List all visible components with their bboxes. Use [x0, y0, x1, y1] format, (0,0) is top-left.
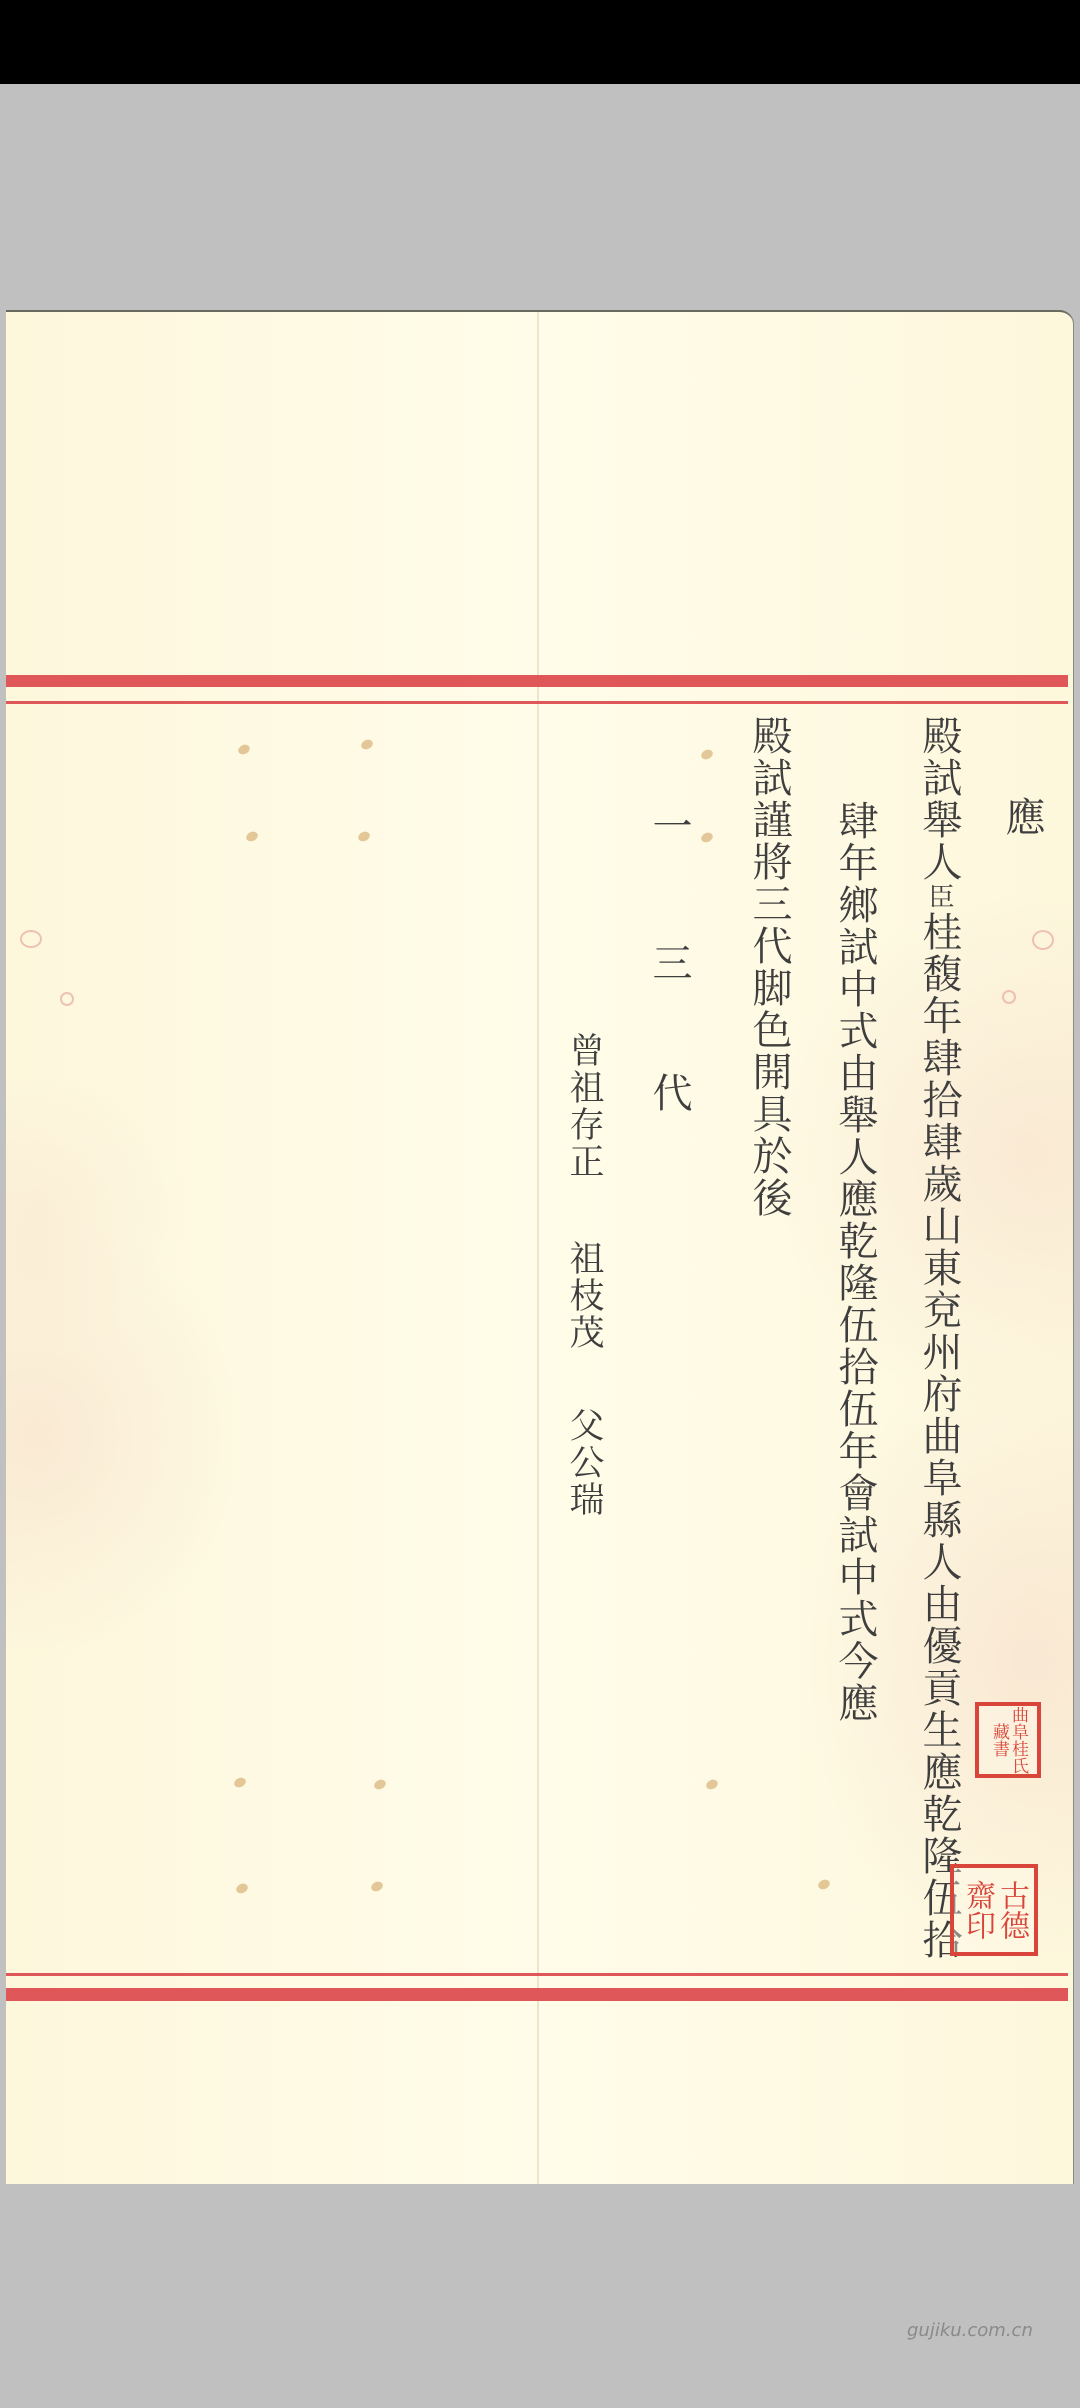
bottom-thick-red-rule — [6, 1988, 1068, 2001]
great-grandfather-name: 曾祖存正 — [562, 1032, 606, 1180]
binding-hole — [817, 1878, 832, 1891]
document-page: 應 殿試舉人臣桂馥年肆拾肆歲山東兗州府曲阜縣人由優貢生應乾隆伍拾 肆年鄉試中式由… — [6, 310, 1073, 2184]
col1-text-after: 桂馥年肆拾肆歲山東兗州府曲阜縣人由優貢生應乾隆伍拾 — [916, 911, 962, 1961]
bottom-thin-red-rule — [6, 1973, 1068, 1976]
binding-hole — [357, 830, 372, 843]
col1-text-before: 殿試舉人 — [916, 715, 962, 883]
top-thin-red-rule — [6, 701, 1068, 704]
stain-mark — [1002, 990, 1016, 1004]
binding-hole — [700, 748, 715, 761]
binding-hole — [705, 1778, 720, 1791]
binding-hole — [233, 1776, 248, 1789]
text-column-3: 殿試謹將三代脚色開具於後 — [744, 715, 794, 1219]
binding-hole — [245, 830, 260, 843]
stain-mark — [60, 992, 74, 1006]
three-generations-char-2: 三 — [644, 942, 694, 984]
binding-hole — [360, 738, 375, 751]
three-generations-char-1: 一 — [644, 805, 694, 847]
binding-hole — [237, 743, 252, 756]
top-thick-red-rule — [6, 675, 1068, 687]
binding-hole — [700, 831, 715, 844]
status-bar — [0, 0, 1080, 84]
binding-hole — [235, 1882, 250, 1895]
grandfather-name: 祖枝茂 — [562, 1240, 606, 1351]
binding-hole — [373, 1778, 388, 1791]
page-fold-line — [537, 312, 539, 2184]
upper-seal-stamp: 曲阜桂氏藏書 — [975, 1702, 1041, 1778]
father-name: 父公瑞 — [562, 1407, 606, 1518]
binding-hole — [370, 1880, 385, 1893]
three-generations-char-3: 代 — [644, 1072, 694, 1114]
heading-character: 應 — [997, 796, 1047, 838]
site-watermark: gujiku.com.cn — [907, 2320, 1033, 2341]
stain-mark — [1032, 930, 1054, 950]
text-column-1: 殿試舉人臣桂馥年肆拾肆歲山東兗州府曲阜縣人由優貢生應乾隆伍拾 — [914, 715, 964, 1961]
col1-minister-char: 臣 — [924, 883, 954, 911]
stain-mark — [20, 930, 42, 948]
lower-seal-stamp: 古德齋印 — [950, 1864, 1038, 1956]
text-column-2: 肆年鄉試中式由舉人應乾隆伍拾伍年會試中式今應 — [830, 800, 880, 1724]
